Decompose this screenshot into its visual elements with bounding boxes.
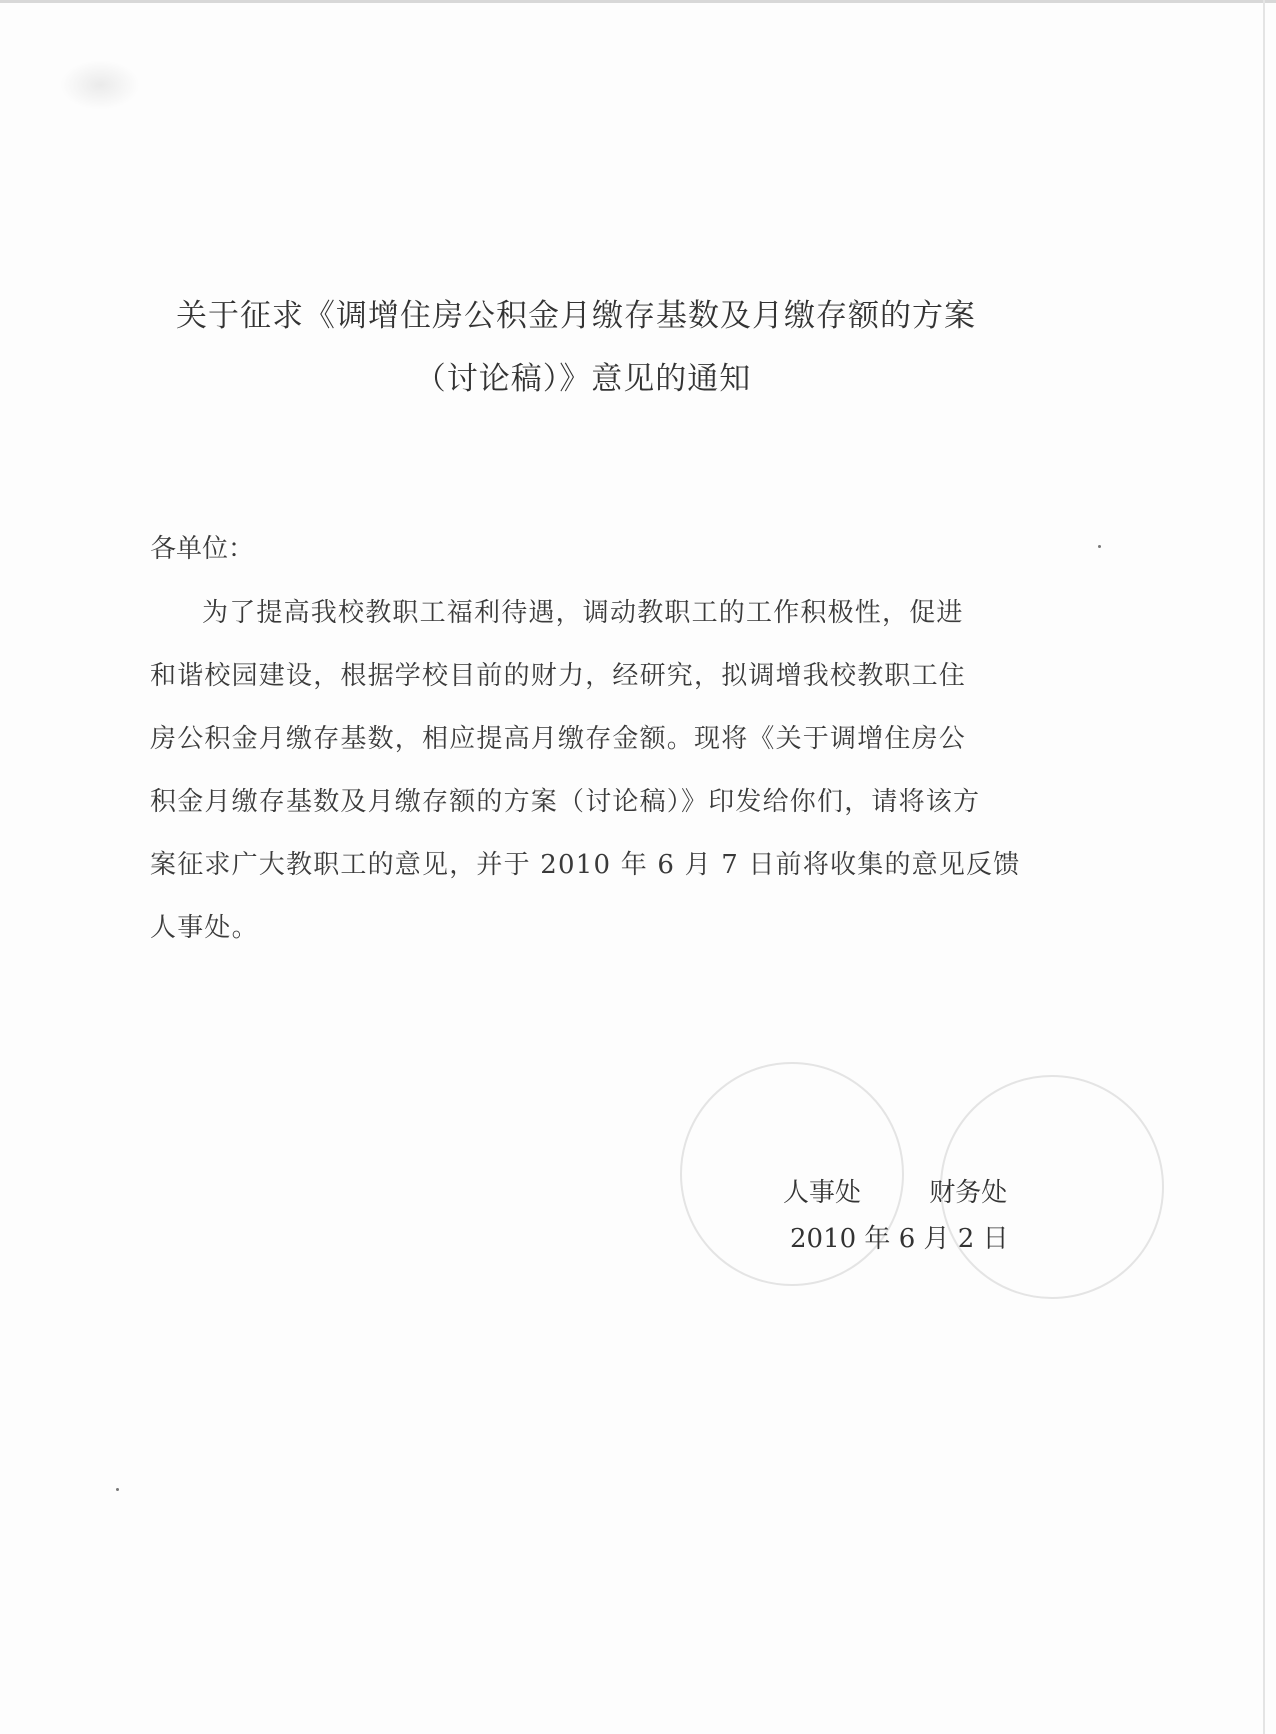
issue-date: 2010 年 6 月 2 日: [790, 1218, 1009, 1255]
signer-personnel-office: 人事处: [783, 1178, 861, 1208]
scan-edge-top: [0, 0, 1276, 3]
document-title-line-2: （讨论稿）》意见的通知: [0, 353, 1221, 398]
body-line: 为了提高我校教职工福利待遇，调动教职工的工作积极性，促进: [202, 592, 964, 629]
body-line: 案征求广大教职工的意见，并于 2010 年 6 月 7 日前将收集的意见反馈: [150, 844, 1020, 881]
document-title-line-1: 关于征求《调增住房公积金月缴存基数及月缴存额的方案: [0, 290, 1214, 335]
body-line: 和谐校园建设，根据学校目前的财力，经研究，拟调增我校教职工住: [150, 655, 966, 692]
scan-speck: [1098, 545, 1101, 548]
body-line: 人事处。: [150, 907, 259, 944]
body-line: 房公积金月缴存基数，相应提高月缴存金额。现将《关于调增住房公: [150, 718, 966, 755]
body-line: 积金月缴存基数及月缴存额的方案（讨论稿）》印发给你们，请将该方: [150, 781, 980, 818]
signers: 人事处 财务处: [783, 1172, 1007, 1209]
scan-speck: [116, 1488, 119, 1491]
scan-smudge: [60, 60, 140, 110]
salutation: 各单位：: [150, 528, 254, 565]
scan-edge-right: [1263, 0, 1265, 1734]
signer-finance-office: 财务处: [929, 1178, 1007, 1208]
